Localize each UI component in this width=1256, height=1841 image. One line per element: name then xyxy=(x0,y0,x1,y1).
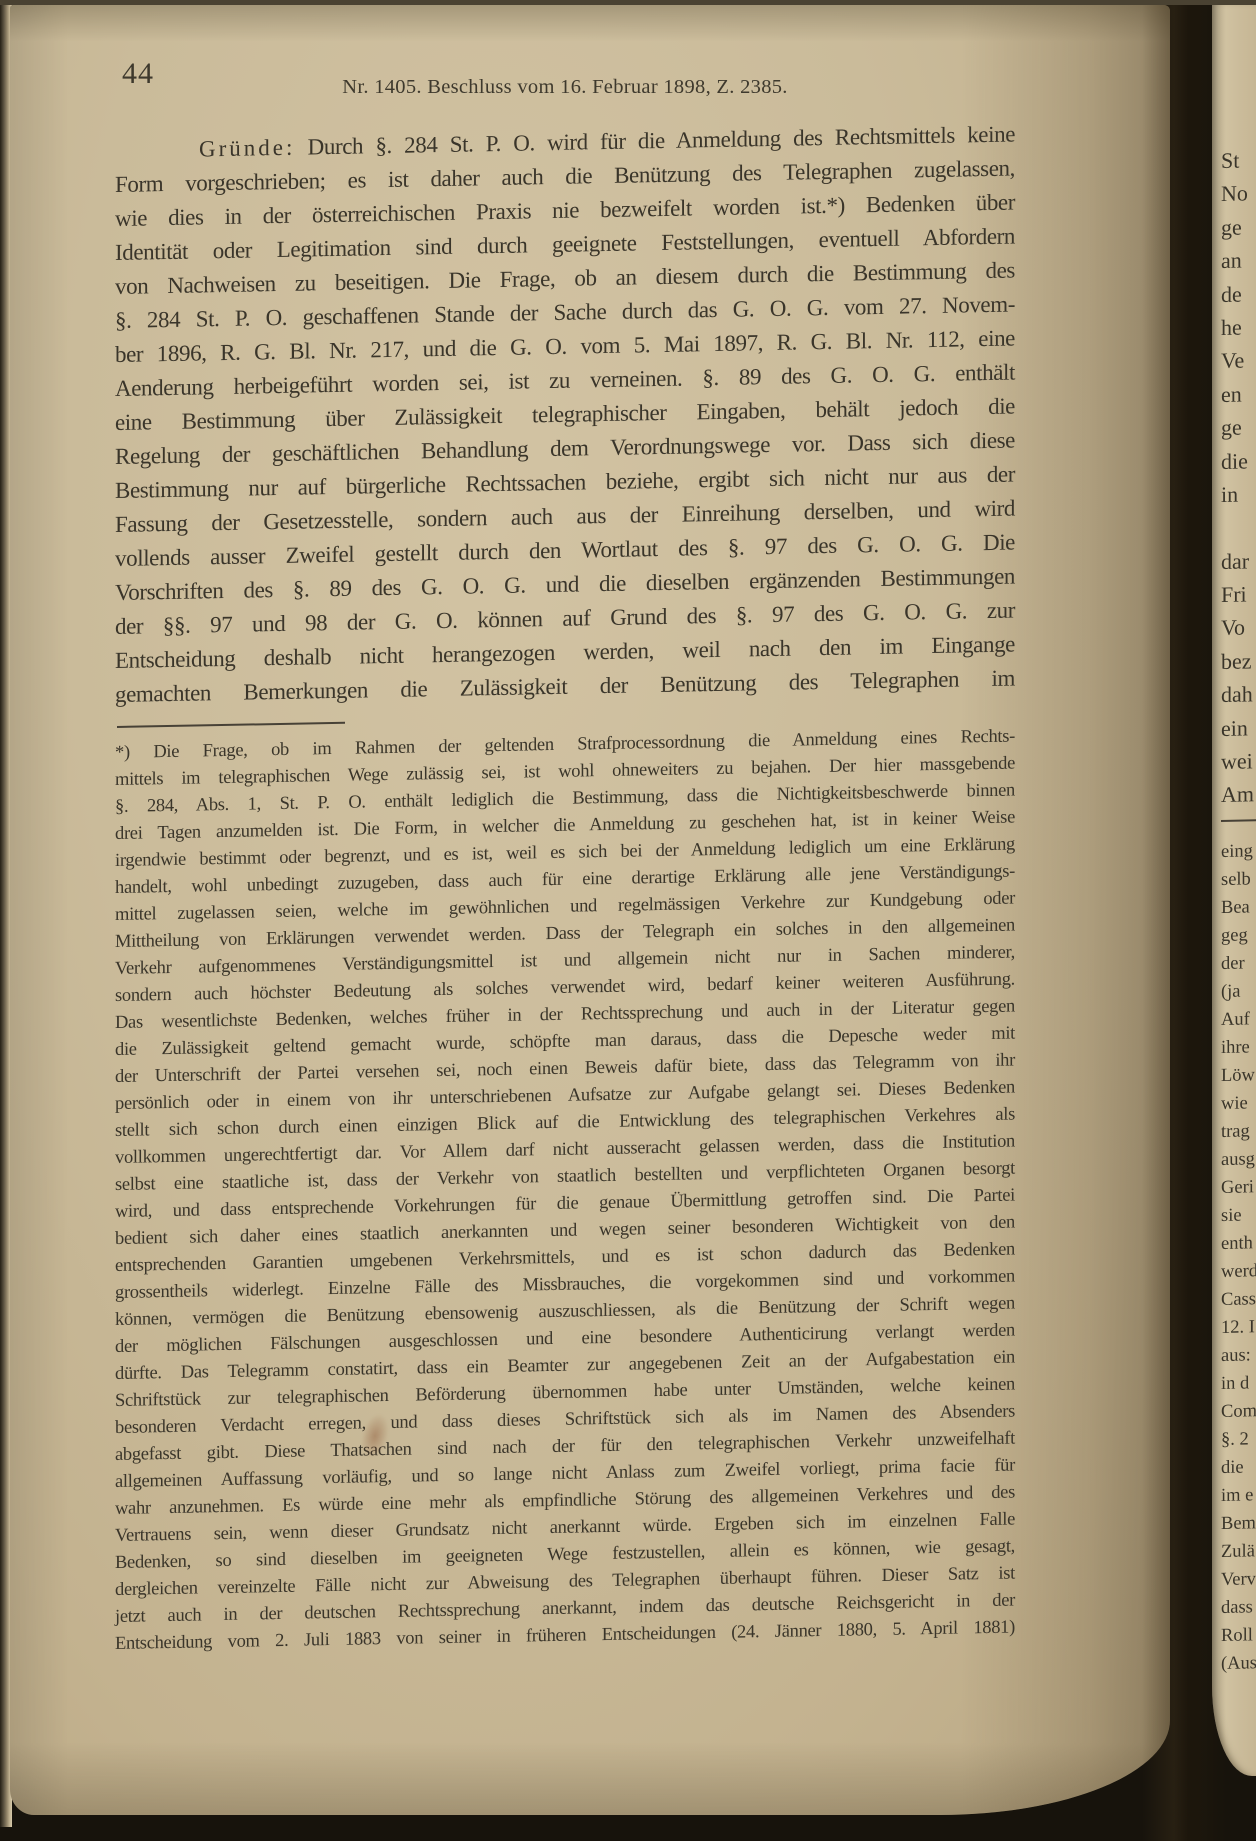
text-line-fragment: en xyxy=(1221,376,1256,411)
footnote-separator-rule-fragment xyxy=(1221,818,1256,821)
text-line-fragment: selb xyxy=(1221,864,1256,894)
text-line-fragment: im e xyxy=(1221,1480,1256,1510)
text-line-fragment: die xyxy=(1221,1452,1256,1482)
text-line-fragment: sie xyxy=(1221,1200,1256,1230)
text-line-fragment: ein xyxy=(1221,710,1256,745)
text-line-fragment: werd xyxy=(1221,1256,1256,1286)
text-line-fragment: ihre xyxy=(1221,1032,1256,1062)
text-column: Gründe: Durch §. 284 St. P. O. wird für … xyxy=(115,118,1015,1658)
text-line-fragment: bez xyxy=(1221,643,1256,678)
text-line-fragment: an xyxy=(1221,242,1256,277)
grounds-label: Gründe: xyxy=(199,135,295,162)
text-line-fragment: Fri xyxy=(1221,576,1256,611)
adjacent-page-text: StNogeandeheVeengedieindarFriVobezdahein… xyxy=(1221,142,1256,1678)
text-line-fragment: Löw xyxy=(1221,1060,1256,1090)
text-line-fragment xyxy=(1221,509,1256,544)
text-line-fragment: die xyxy=(1221,443,1256,478)
adjacent-page-sliver: StNogeandeheVeengedieindarFriVobezdahein… xyxy=(1212,4,1256,1776)
text-line-fragment: geg xyxy=(1221,920,1256,950)
text-line-fragment: (Aus xyxy=(1221,1648,1256,1678)
text-line-fragment: ge xyxy=(1221,209,1256,244)
text-line-fragment: Cass xyxy=(1221,1284,1256,1314)
text-line-fragment: wei xyxy=(1221,743,1256,778)
text-line-fragment: Bea xyxy=(1221,892,1256,922)
text-line-fragment: der xyxy=(1221,948,1256,978)
footnote-separator-rule xyxy=(117,722,345,728)
footnote: *) Die Frage, ob im Rahmen der geltenden… xyxy=(115,724,1015,1658)
running-header: Nr. 1405. Beschluss vom 16. Februar 1898… xyxy=(115,76,1015,99)
text-line-fragment: §. 2 xyxy=(1221,1424,1256,1454)
text-line-fragment: Vo xyxy=(1221,610,1256,645)
text-line-fragment: Zulä xyxy=(1221,1536,1256,1566)
scanned-book-page: { "colors": { "paper": "#cabb9a", "paper… xyxy=(0,0,1256,1841)
text-line-fragment: ge xyxy=(1221,409,1256,444)
text-line-fragment: trag xyxy=(1221,1116,1256,1146)
left-page: 44 Nr. 1405. Beschluss vom 16. Februar 1… xyxy=(10,5,1170,1815)
text-line-fragment: Geri xyxy=(1221,1172,1256,1202)
text-line-fragment: aus: xyxy=(1221,1340,1256,1370)
text-line-fragment: he xyxy=(1221,309,1256,344)
text-line-fragment: St xyxy=(1221,142,1256,177)
decision-body: Form vorgeschrieben; es ist daher auch d… xyxy=(115,152,1015,712)
text-line-fragment: Bem xyxy=(1221,1508,1256,1538)
text-line-fragment: ausg xyxy=(1221,1144,1256,1174)
adjacent-footnote-fragments: eingselbBeagegder(jaAufihreLöwwietragaus… xyxy=(1221,836,1256,1678)
text-line-fragment: wie xyxy=(1221,1088,1256,1118)
text-line-fragment: dah xyxy=(1221,676,1256,711)
text-line-fragment: Am xyxy=(1221,777,1256,812)
adjacent-body-fragments: StNogeandeheVeengedieindarFriVobezdahein… xyxy=(1221,142,1256,812)
text-line-fragment: Verv xyxy=(1221,1564,1256,1594)
text-line-fragment: enth xyxy=(1221,1228,1256,1258)
text-line-fragment: in xyxy=(1221,476,1256,511)
text-line-fragment: No xyxy=(1221,176,1256,211)
text-line-fragment: eing xyxy=(1221,836,1256,866)
text-line-fragment: de xyxy=(1221,276,1256,311)
text-line-fragment: Auf xyxy=(1221,1004,1256,1034)
text-line-fragment: 12. I xyxy=(1221,1312,1256,1342)
text-line-fragment: Com xyxy=(1221,1396,1256,1426)
text-line-fragment: Roll xyxy=(1221,1620,1256,1650)
text-line-fragment: in d xyxy=(1221,1368,1256,1398)
photo-top-edge xyxy=(0,0,1256,5)
text-line-fragment: Ve xyxy=(1221,342,1256,377)
text-line-fragment: dass xyxy=(1221,1592,1256,1622)
text-line-fragment: dar xyxy=(1221,543,1256,578)
text-line-fragment: (ja xyxy=(1221,976,1256,1006)
